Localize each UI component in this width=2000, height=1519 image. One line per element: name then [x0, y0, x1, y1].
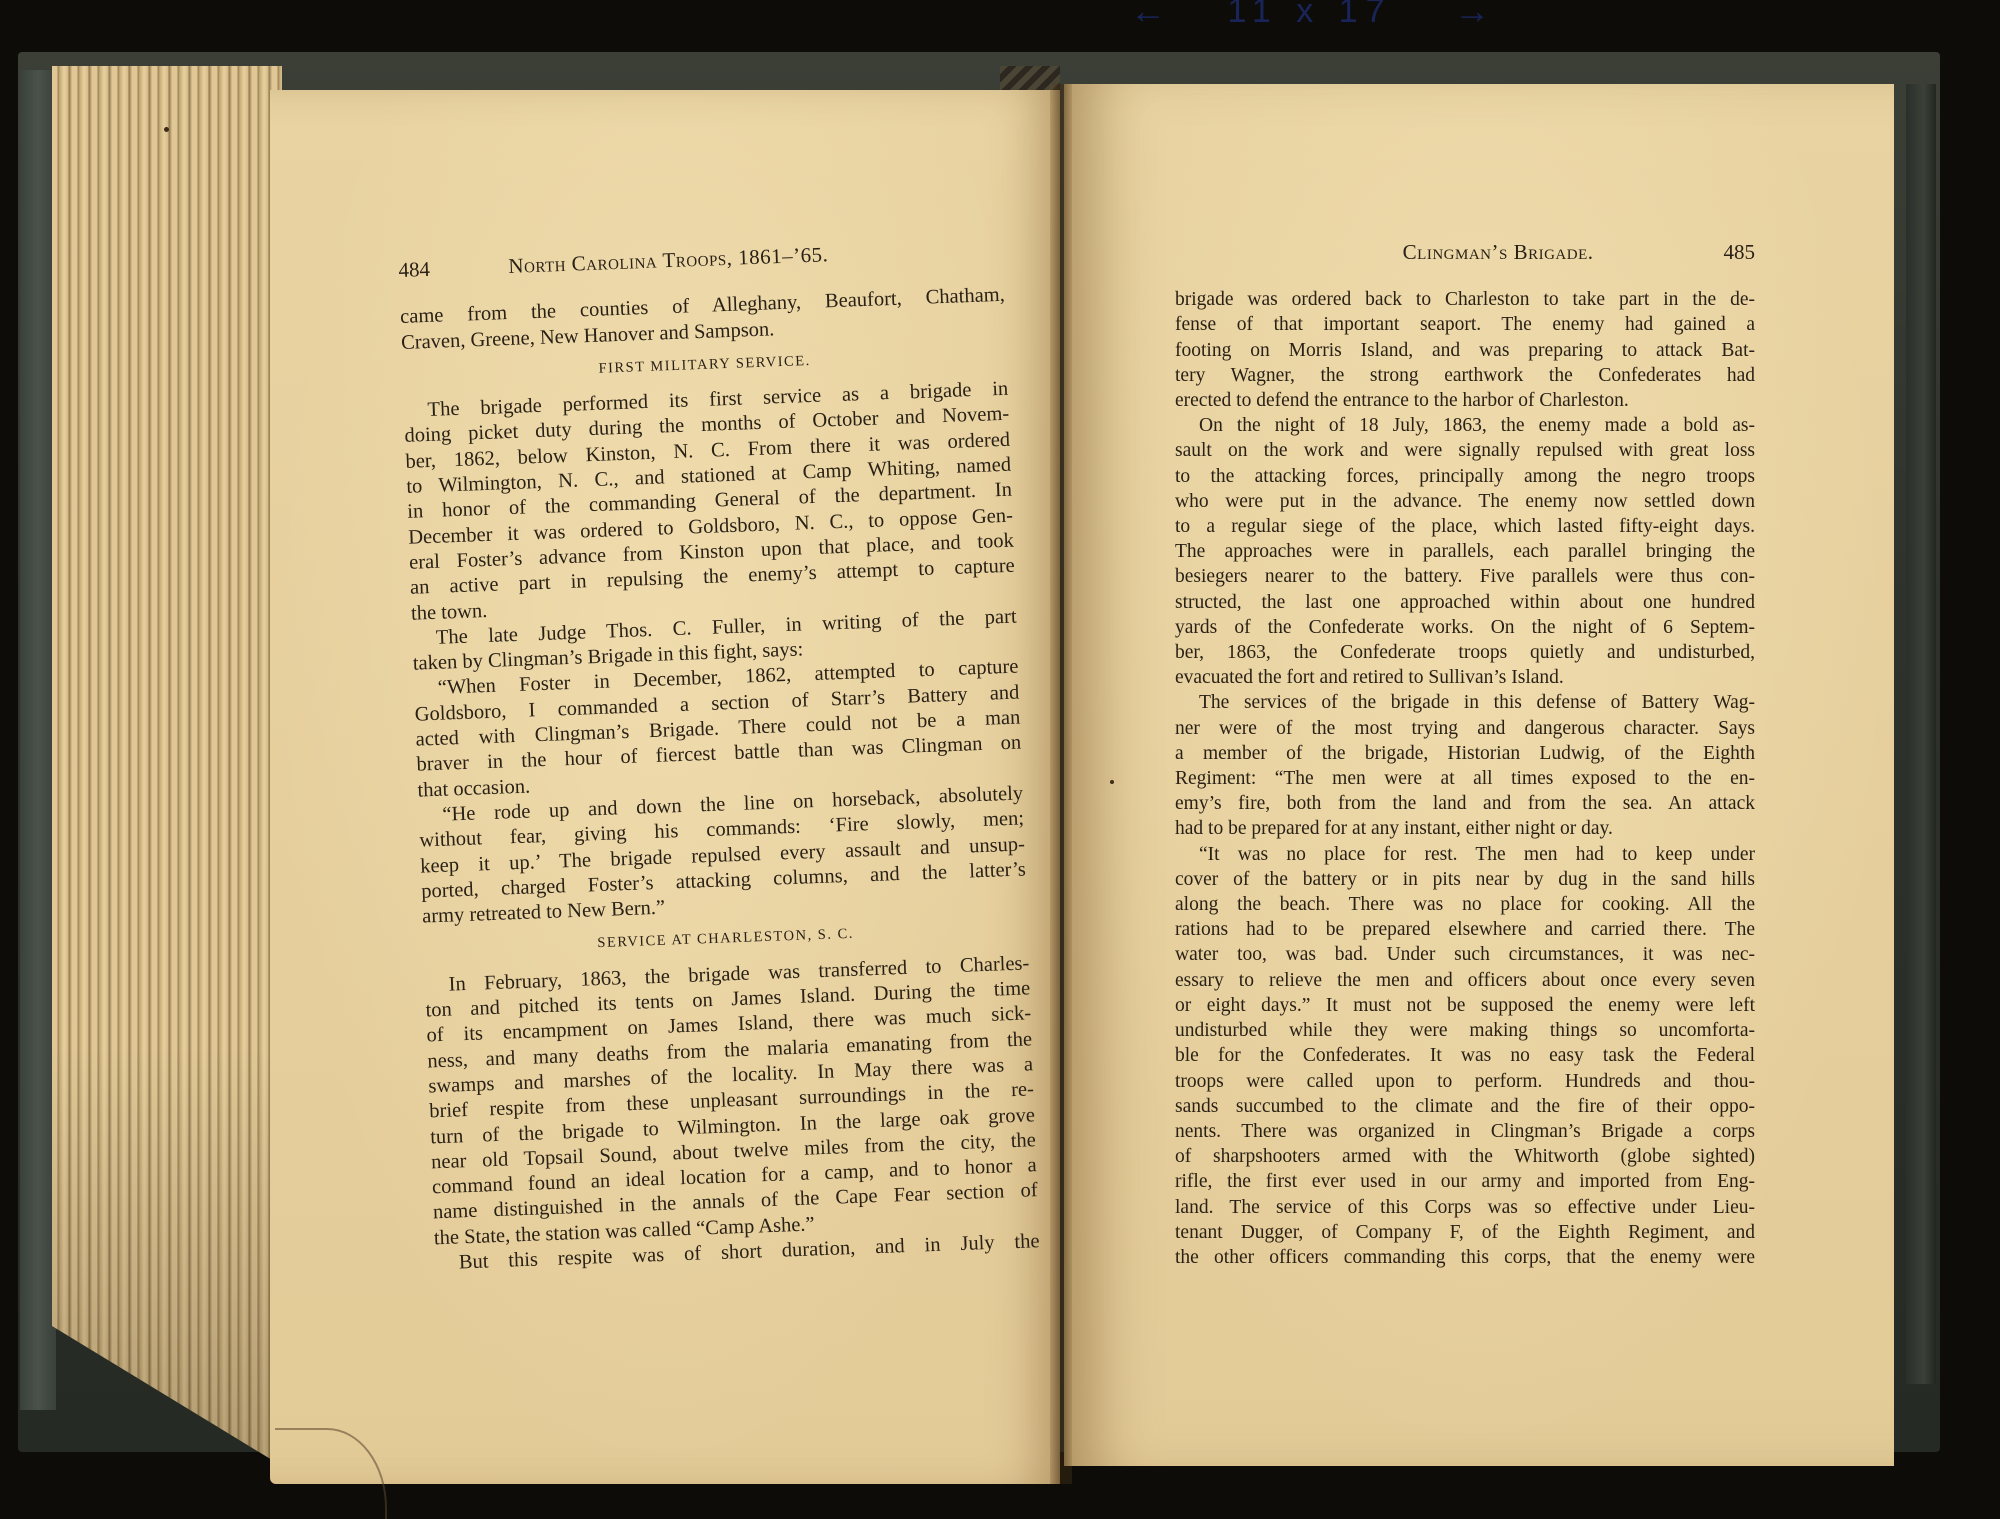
- paragraph: The brigade performed its first service …: [403, 377, 1016, 627]
- text-line: a member of the brigade, Historian Ludwi…: [1175, 741, 1755, 766]
- text-line: sault on the work and were signally repu…: [1175, 438, 1755, 463]
- arrow-right-icon: →: [1454, 0, 1490, 32]
- text-line: On the night of 18 July, 1863, the enemy…: [1175, 413, 1755, 438]
- text-line: The approaches were in parallels, each p…: [1175, 539, 1755, 564]
- running-head-title: Clingman’s Brigade.: [1403, 240, 1594, 265]
- text-line: evacuated the fort and retired to Sulliv…: [1175, 665, 1755, 690]
- text-line: yards of the Confederate works. On the n…: [1175, 615, 1755, 640]
- text-line: ner were of the most trying and dangerou…: [1175, 716, 1755, 741]
- paragraph: “He rode up and down the line on horseba…: [418, 781, 1027, 930]
- paragraph: On the night of 18 July, 1863, the enemy…: [1175, 413, 1755, 690]
- text-line: emy’s fire, both from the land and from …: [1175, 791, 1755, 816]
- cover-right-edge: [1906, 84, 1936, 1384]
- text-line: essary to relieve the men and officers a…: [1175, 968, 1755, 993]
- text-line: “It was no place for rest. The men had t…: [1175, 842, 1755, 867]
- text-line: troops were called upon to perform. Hund…: [1175, 1069, 1755, 1094]
- text-line: to a regular siege of the place, which l…: [1175, 514, 1755, 539]
- text-line: besiegers nearer to the battery. Five pa…: [1175, 564, 1755, 589]
- text-line: footing on Morris Island, and was prepar…: [1175, 338, 1755, 363]
- text-line: of sharpshooters armed with the Whitwort…: [1175, 1144, 1755, 1169]
- page-speck: [1110, 780, 1114, 784]
- text-line: fense of that important seaport. The ene…: [1175, 312, 1755, 337]
- left-page-text: 484 North Carolina Troops, 1861–’65. cam…: [398, 236, 1040, 1277]
- scan-scale-marker: ← 11 x 17 →: [1130, 0, 1490, 26]
- text-line: to the attacking forces, principally amo…: [1175, 464, 1755, 489]
- text-line: nents. There was organized in Clingman’s…: [1175, 1119, 1755, 1144]
- left-page-body: came from the counties of Alleghany, Bea…: [400, 283, 1040, 1277]
- text-line: rifle, the first ever used in our army a…: [1175, 1169, 1755, 1194]
- text-line: cover of the battery or in pits near by …: [1175, 867, 1755, 892]
- page-number: 485: [1724, 240, 1756, 265]
- arrow-left-icon: ←: [1130, 0, 1166, 32]
- text-line: sands succumbed to the climate and the f…: [1175, 1094, 1755, 1119]
- text-line: ber, 1863, the Confederate troops quietl…: [1175, 640, 1755, 665]
- right-page-body: brigade was ordered back to Charleston t…: [1175, 287, 1755, 1270]
- text-line: along the beach. There was no place for …: [1175, 892, 1755, 917]
- page-number: 484: [398, 254, 509, 283]
- text-line: tery Wagner, the strong earthwork the Co…: [1175, 363, 1755, 388]
- text-line: water too, was bad. Under such circumsta…: [1175, 942, 1755, 967]
- text-line: The services of the brigade in this defe…: [1175, 690, 1755, 715]
- text-line: undisturbed while they were making thing…: [1175, 1018, 1755, 1043]
- paragraph: The services of the brigade in this defe…: [1175, 690, 1755, 841]
- text-line: land. The service of this Corps was so e…: [1175, 1195, 1755, 1220]
- book-gutter: [1050, 84, 1072, 1484]
- text-line: Regiment: “The men were at all times exp…: [1175, 766, 1755, 791]
- text-line: the other officers commanding this corps…: [1175, 1245, 1755, 1270]
- page-stack-shadow: [52, 66, 282, 1466]
- paragraph: “It was no place for rest. The men had t…: [1175, 842, 1755, 1270]
- paragraph: brigade was ordered back to Charleston t…: [1175, 287, 1755, 413]
- paragraph: “When Foster in December, 1862, attempte…: [413, 655, 1022, 804]
- text-line: ble for the Confederates. It was no easy…: [1175, 1043, 1755, 1068]
- text-line: or eight days.” It must not be supposed …: [1175, 993, 1755, 1018]
- right-page-text: Clingman’s Brigade. 485 brigade was orde…: [1175, 240, 1755, 1270]
- text-line: brigade was ordered back to Charleston t…: [1175, 287, 1755, 312]
- text-line: rations had to be prepared elsewhere and…: [1175, 917, 1755, 942]
- text-line: tenant Dugger, of Company F, of the Eigh…: [1175, 1220, 1755, 1245]
- text-line: had to be prepared for at any instant, e…: [1175, 816, 1755, 841]
- text-line: who were put in the advance. The enemy n…: [1175, 489, 1755, 514]
- right-running-head: Clingman’s Brigade. 485: [1175, 240, 1755, 265]
- scale-label: 11 x 17: [1227, 0, 1392, 31]
- cover-left-edge: [20, 70, 56, 1410]
- text-line: erected to defend the entrance to the ha…: [1175, 388, 1755, 413]
- text-line: structed, the last one approached within…: [1175, 590, 1755, 615]
- page-speck: [164, 127, 169, 132]
- paragraph: In February, 1863, the brigade was trans…: [424, 951, 1039, 1251]
